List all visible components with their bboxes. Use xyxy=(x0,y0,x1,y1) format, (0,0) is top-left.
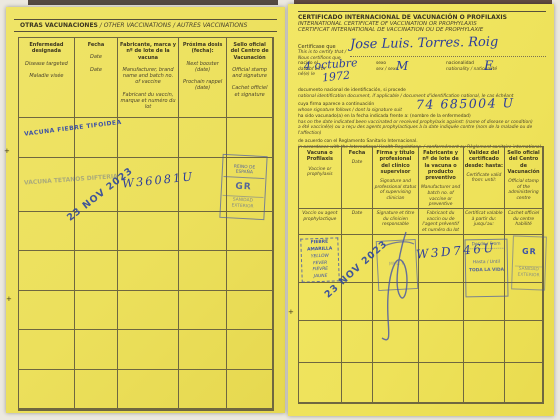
registration-mark-2: + xyxy=(6,295,12,303)
nationality-value: E xyxy=(484,59,494,74)
signature-label: cuya firma aparece a continuación whose … xyxy=(298,102,408,113)
right-page-title: CERTIFICADO INTERNACIONAL DE VACUNACIÓN … xyxy=(298,11,546,33)
stamp-code-label: GR xyxy=(235,178,252,197)
left-page-header: OTRAS VACUNACIONES / OTHER VACCINATIONS … xyxy=(14,19,277,32)
title-es: CERTIFICADO INTERNACIONAL DE VACUNACIÓN … xyxy=(298,14,546,21)
stamp-office-label: SANIDAD EXTERIOR xyxy=(222,195,264,212)
right-table: Vacuna o Profilaxis Vaccine or prophylax… xyxy=(298,146,544,404)
valid-until-label: Hasta / Until xyxy=(473,259,500,265)
left-header-es: OTRAS VACUNACIONES xyxy=(20,22,98,29)
typhoid-vaccine-stamp: VACUNA FIEBRE TIFOIDEA xyxy=(24,124,71,139)
centre-code: GR xyxy=(522,247,537,257)
validity-stamp: Desde / From Hasta / Until TODA LA VIDA xyxy=(464,239,508,298)
tetanus-vaccine-stamp: VACUNA TETANOS DIFTERIA xyxy=(24,175,71,188)
scan-edge-top-left xyxy=(28,0,278,5)
left-table-overlays: VACUNA FIEBRE TIFOIDEA VACUNA TETANOS DI… xyxy=(18,37,274,411)
left-header-rest: / OTHER VACCINATIONS / AUTRES VACCINATIO… xyxy=(98,22,247,29)
sex-value: M xyxy=(396,59,408,73)
name-value: Jose Luis. Torres. Roig xyxy=(350,35,499,53)
registration-mark-3: + xyxy=(288,308,294,316)
centre-office: SANIDAD EXTERIOR xyxy=(514,266,543,279)
centre-stamp: GR SANIDAD EXTERIOR xyxy=(511,235,547,290)
right-table-overlays: FIEBRE AMARILLA YELLOW FEVER FIÈVRE JAUN… xyxy=(298,146,544,404)
registration-mark-1: + xyxy=(4,147,10,155)
left-table: Enfermedad designada Disease targeted Ma… xyxy=(18,37,274,411)
sex-label: sexo sex / sexe xyxy=(376,61,398,72)
valid-value: TODA LA VIDA xyxy=(469,268,504,274)
right-page: CERTIFICADO INTERNACIONAL DE VACUNACIÓN … xyxy=(288,4,554,416)
signature-value: 74 685004 U xyxy=(416,95,515,112)
left-page: OTRAS VACUNACIONES / OTHER VACCINATIONS … xyxy=(6,7,285,413)
stamp-country-label: REINO DE ESPAÑA xyxy=(224,163,266,180)
birth-value-2: 1972 xyxy=(321,69,350,85)
name-line xyxy=(350,56,546,57)
title-fr: CERTIFICAT INTERNATIONAL DE VACCINATION … xyxy=(298,27,546,33)
valid-from-label: Desde / From xyxy=(468,242,505,249)
spain-gr-stamp-left: REINO DE ESPAÑA GR SANIDAD EXTERIOR xyxy=(219,154,267,220)
statement-line-3: a été vacciné(e) ou a reçu des agents pr… xyxy=(298,125,548,136)
statement: ha sido vacunado(a) en la fecha indicada… xyxy=(298,114,548,150)
